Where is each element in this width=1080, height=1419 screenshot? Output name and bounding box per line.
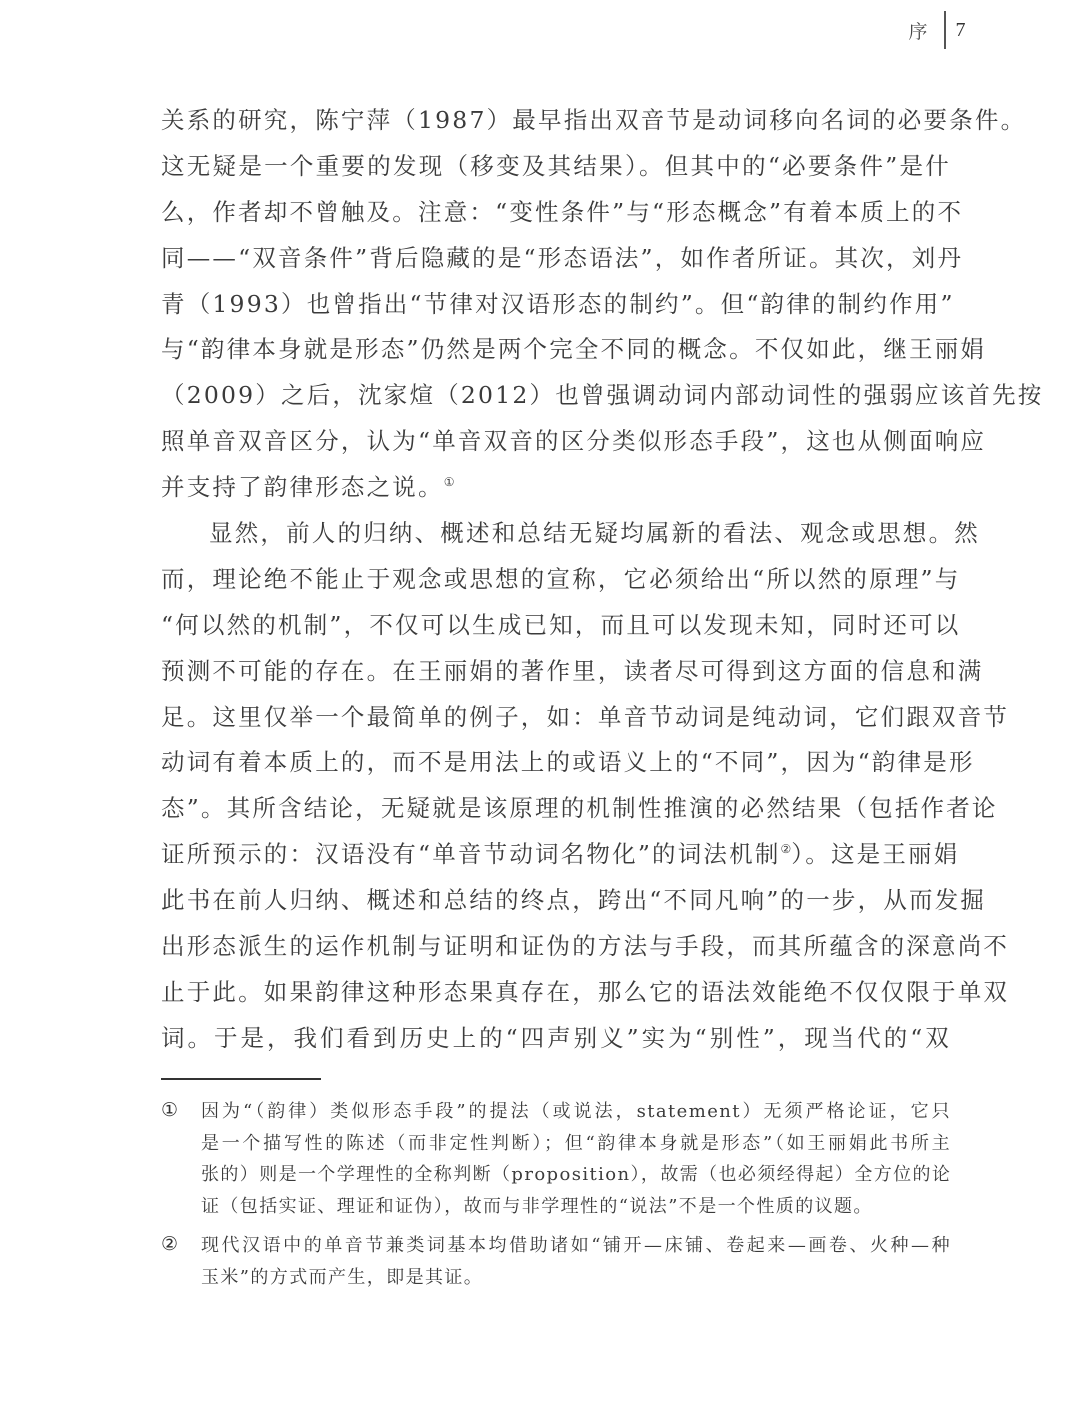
footnote-2: ② 现代汉语中的单音节兼类词基本均借助诸如“铺开—床铺、卷起来—画卷、火种—种 … (161, 1230, 951, 1293)
page-number: 7 (956, 19, 966, 42)
running-header: 序 7 (900, 10, 966, 50)
footnote-ref-2[interactable]: ② (781, 842, 792, 856)
footnote-divider (161, 1078, 321, 1080)
footnote-line: 现代汉语中的单音节兼类词基本均借助诸如“铺开—床铺、卷起来—画卷、火种—种 (201, 1230, 951, 1262)
text-line: 态”。其所含结论，无疑就是该原理的机制性推演的必然结果（包括作者论 (161, 786, 951, 832)
footnote-line: 玉米”的方式而产生，即是其证。 (201, 1262, 951, 1294)
footnote-line: 因为“（韵律）类似形态手段”的提法（或说法，statement）无须严格论证，它… (201, 1096, 951, 1128)
footnote-marker: ② (161, 1233, 178, 1255)
text-span: 证所预示的：汉语没有“单音节动词名物化”的词法机制 (161, 840, 781, 868)
footnote-line: 是一个描写性的陈述（而非定性判断）；但“韵律本身就是形态”（如王丽娟此书所主 (201, 1128, 951, 1160)
section-title: 序 (900, 17, 936, 44)
text-line: 同——“双音条件”背后隐藏的是“形态语法”，如作者所证。其次，刘丹 (161, 236, 951, 282)
text-line: “何以然的机制”，不仅可以生成已知，而且可以发现未知，同时还可以 (161, 603, 951, 649)
text-line: 词。于是，我们看到历史上的“四声别义”实为“别性”，现当代的“双 (161, 1016, 951, 1062)
footnote-line: 证（包括实证、理证和证伪），故而与非学理性的“说法”不是一个性质的议题。 (201, 1191, 951, 1223)
text-line: 而，理论绝不能止于观念或思想的宣称，它必须给出“所以然的原理”与 (161, 557, 951, 603)
text-line: 青（1993）也曾指出“节律对汉语形态的制约”。但“韵律的制约作用” (161, 282, 951, 328)
footnote-ref-1[interactable]: ① (444, 475, 455, 489)
text-line: 并支持了韵律形态之说。① (161, 465, 951, 511)
text-line: 显然，前人的归纳、概述和总结无疑均属新的看法、观念或思想。然 (161, 511, 951, 557)
paragraph-1: 关系的研究，陈宁萍（1987）最早指出双音节是动词移向名词的必要条件。 这无疑是… (161, 98, 951, 511)
body-text: 关系的研究，陈宁萍（1987）最早指出双音节是动词移向名词的必要条件。 这无疑是… (161, 98, 951, 1062)
header-separator (944, 11, 946, 49)
text-span: ）。这是王丽娟 (791, 840, 959, 868)
text-line: 止于此。如果韵律这种形态果真存在，那么它的语法效能绝不仅仅限于单双 (161, 970, 951, 1016)
text-line: 证所预示的：汉语没有“单音节动词名物化”的词法机制②）。这是王丽娟 (161, 832, 951, 878)
text-line: 与“韵律本身就是形态”仍然是两个完全不同的概念。不仅如此，继王丽娟 (161, 327, 951, 373)
text-line: 么，作者却不曾触及。注意：“变性条件”与“形态概念”有着本质上的不 (161, 190, 951, 236)
text-line: 此书在前人归纳、概述和总结的终点，跨出“不同凡响”的一步，从而发掘 (161, 878, 951, 924)
text-line: 照单音双音区分，认为“单音双音的区分类似形态手段”，这也从侧面响应 (161, 419, 951, 465)
paragraph-2: 显然，前人的归纳、概述和总结无疑均属新的看法、观念或思想。然 而，理论绝不能止于… (161, 511, 951, 1062)
text-line: 预测不可能的存在。在王丽娟的著作里，读者尽可得到这方面的信息和满 (161, 649, 951, 695)
text-line: 动词有着本质上的，而不是用法上的或语义上的“不同”，因为“韵律是形 (161, 740, 951, 786)
text-line: 足。这里仅举一个最简单的例子，如：单音节动词是纯动词，它们跟双音节 (161, 695, 951, 741)
footnote-marker: ① (161, 1099, 178, 1121)
text-span: 并支持了韵律形态之说。 (161, 473, 444, 501)
text-line: （2009）之后，沈家煊（2012）也曾强调动词内部动词性的强弱应该首先按 (161, 373, 951, 419)
text-line: 出形态派生的运作机制与证明和证伪的方法与手段，而其所蕴含的深意尚不 (161, 924, 951, 970)
footnote-line: 张的）则是一个学理性的全称判断（proposition），故需（也必须经得起）全… (201, 1159, 951, 1191)
footnote-1: ① 因为“（韵律）类似形态手段”的提法（或说法，statement）无须严格论证… (161, 1096, 951, 1222)
footnotes: ① 因为“（韵律）类似形态手段”的提法（或说法，statement）无须严格论证… (161, 1096, 951, 1293)
text-line: 这无疑是一个重要的发现（移变及其结果）。但其中的“必要条件”是什 (161, 144, 951, 190)
text-line: 关系的研究，陈宁萍（1987）最早指出双音节是动词移向名词的必要条件。 (161, 98, 951, 144)
